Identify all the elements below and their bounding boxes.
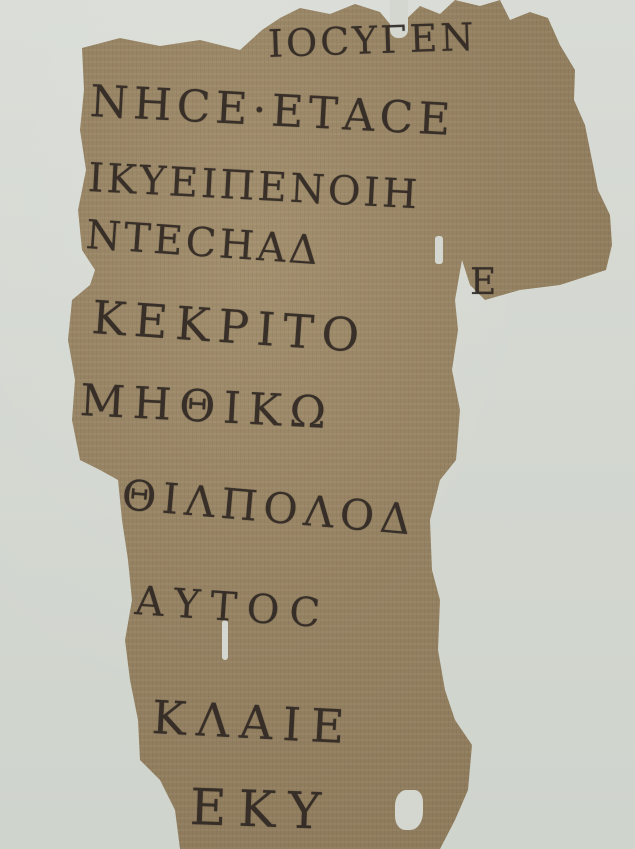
papyrus-hole xyxy=(435,236,443,264)
papyrus-hole xyxy=(395,790,423,830)
papyrus-hole xyxy=(390,0,408,38)
papyrus-hole xyxy=(222,620,228,660)
